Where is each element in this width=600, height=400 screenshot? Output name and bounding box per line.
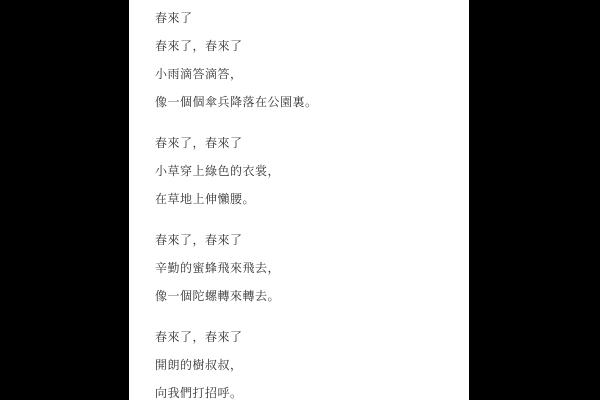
poem-stanza: 春來了，春來了 小雨滴答滴答， 像一個個傘兵降落在公園裏。 (155, 32, 451, 116)
poem-line: 在草地上伸懶腰。 (155, 185, 451, 213)
poem-line: 向我們打招呼。 (155, 379, 451, 400)
poem-line: 像一個個傘兵降落在公園裏。 (155, 88, 451, 116)
document-page: 春來了 春來了，春來了 小雨滴答滴答， 像一個個傘兵降落在公園裏。 春來了，春來… (129, 0, 469, 400)
poem-line: 開朗的樹叔叔， (155, 351, 451, 379)
viewer-background: 春來了 春來了，春來了 小雨滴答滴答， 像一個個傘兵降落在公園裏。 春來了，春來… (0, 0, 600, 400)
poem-stanza: 春來了，春來了 小草穿上綠色的衣裳， 在草地上伸懶腰。 (155, 129, 451, 213)
poem-line: 小草穿上綠色的衣裳， (155, 157, 451, 185)
poem-stanza: 春來了，春來了 開朗的樹叔叔， 向我們打招呼。 (155, 323, 451, 400)
poem-line: 像一個陀螺轉來轉去。 (155, 282, 451, 310)
poem-line: 小雨滴答滴答， (155, 60, 451, 88)
poem-line: 辛勤的蜜蜂飛來飛去， (155, 254, 451, 282)
poem-line: 春來了，春來了 (155, 129, 451, 157)
poem-line: 春來了，春來了 (155, 323, 451, 351)
poem-line: 春來了，春來了 (155, 32, 451, 60)
poem-stanza: 春來了，春來了 辛勤的蜜蜂飛來飛去， 像一個陀螺轉來轉去。 (155, 226, 451, 310)
poem-body: 春來了 春來了，春來了 小雨滴答滴答， 像一個個傘兵降落在公園裏。 春來了，春來… (129, 0, 469, 400)
poem-line: 春來了，春來了 (155, 226, 451, 254)
poem-title: 春來了 (155, 4, 451, 32)
